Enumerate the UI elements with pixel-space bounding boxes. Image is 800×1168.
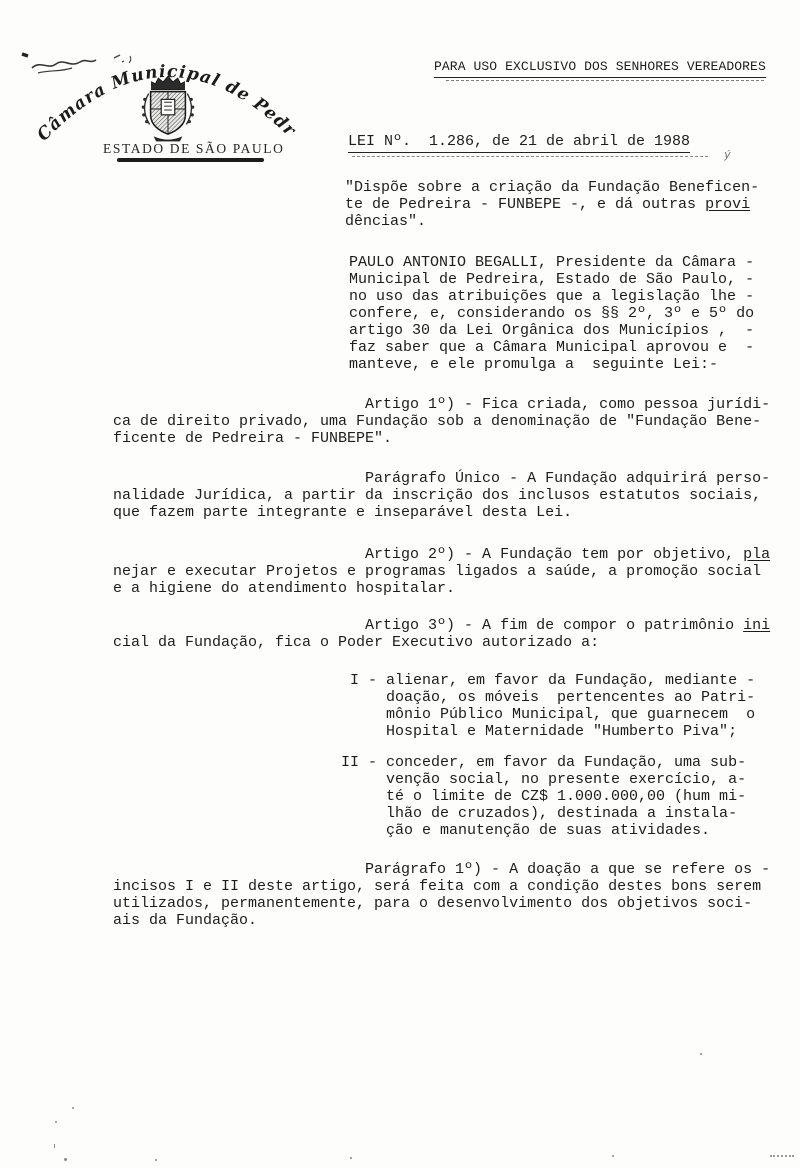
noise-speck (350, 1157, 352, 1159)
text-line: nejar e executar Projetos e programas li… (113, 563, 770, 580)
text-line: nalidade Jurídica, a partir da inscrição… (113, 487, 770, 504)
text-line: venção social, no presente exercício, a- (341, 771, 746, 788)
text-line: te de Pedreira - FUNBEPE -, e dá outras … (345, 196, 759, 213)
noise-speck (700, 1053, 702, 1055)
noise-speck (72, 1107, 74, 1109)
letterhead-rule (117, 158, 264, 162)
text-line: manteve, e ele promulga a seguinte Lei:- (349, 356, 754, 373)
stray-pen-mark: ý (724, 150, 731, 162)
text-line: Hospital e Maternidade "Humberto Piva"; (341, 723, 755, 740)
inciso-i: I - alienar, em favor da Fundação, media… (341, 672, 755, 740)
text-line: ção e manutenção de suas atividades. (341, 822, 746, 839)
text-line: Artigo 3º) - A fim de compor o patrimôni… (113, 617, 770, 634)
text-line: que fazem parte integrante e inseparável… (113, 504, 770, 521)
text-line: no uso das atribuições que a legislação … (349, 288, 754, 305)
text-line: lhão de cruzados), destinada a instala- (341, 805, 746, 822)
paragraph-paragrafo-1: Parágrafo 1º) - A doação a que se refere… (113, 861, 770, 929)
noise-speck (155, 1159, 157, 1161)
law-number-title: LEI Nº. 1.286, de 21 de abril de 1988 (348, 133, 690, 153)
text-line: artigo 30 da Lei Orgânica dos Municípios… (349, 322, 754, 339)
paragraph-preamble: PAULO ANTONIO BEGALLI, Presidente da Câm… (349, 254, 754, 373)
text-line: utilizados, permanentemente, para o dese… (113, 895, 770, 912)
coat-of-arms-emblem (139, 76, 197, 144)
paragraph-artigo-2: Artigo 2º) - A Fundação tem por objetivo… (113, 546, 770, 597)
paragraph-artigo-3: Artigo 3º) - A fim de compor o patrimôni… (113, 617, 770, 651)
paragraph-paragrafo-unico: Parágrafo Único - A Fundação adquirirá p… (113, 470, 770, 521)
text-line: ais da Fundação. (113, 912, 770, 929)
text-line: mônio Público Municipal, que guarnecem o (341, 706, 755, 723)
text-line: incisos I e II deste artigo, será feita … (113, 878, 770, 895)
noise-speck (770, 1155, 794, 1157)
text-line: té o limite de CZ$ 1.000.000,00 (hum mi- (341, 788, 746, 805)
text-line: I - alienar, em favor da Fundação, media… (341, 672, 755, 689)
letterhead-state-line: ESTADO DE SÃO PAULO (103, 141, 284, 157)
noise-speck (55, 1121, 57, 1123)
noise-speck (612, 1155, 614, 1157)
exclusive-use-note-second-underline (446, 80, 764, 81)
text-line: II - conceder, em favor da Fundação, uma… (341, 754, 746, 771)
text-line: ca de direito privado, uma Fundação sob … (113, 413, 770, 430)
text-line: Parágrafo Único - A Fundação adquirirá p… (113, 470, 770, 487)
text-line: cial da Fundação, fica o Poder Executivo… (113, 634, 770, 651)
text-line: Artigo 1º) - Fica criada, como pessoa ju… (113, 396, 770, 413)
text-line: Artigo 2º) - A Fundação tem por objetivo… (113, 546, 770, 563)
inciso-ii: II - conceder, em favor da Fundação, uma… (341, 754, 746, 839)
text-line: "Dispõe sobre a criação da Fundação Bene… (345, 179, 759, 196)
text-line: doação, os móveis pertencentes ao Patri- (341, 689, 755, 706)
text-line: PAULO ANTONIO BEGALLI, Presidente da Câm… (349, 254, 754, 271)
noise-speck (64, 1158, 67, 1161)
law-title-second-underline (352, 156, 708, 157)
text-line: Parágrafo 1º) - A doação a que se refere… (113, 861, 770, 878)
exclusive-use-note: PARA USO EXCLUSIVO DOS SENHORES VEREADOR… (434, 59, 766, 78)
text-line: e a higiene do atendimento hospitalar. (113, 580, 770, 597)
text-line: confere, e, considerando os §§ 2º, 3º e … (349, 305, 754, 322)
paragraph-ementa: "Dispõe sobre a criação da Fundação Bene… (345, 179, 759, 230)
text-line: ficente de Pedreira - FUNBEPE". (113, 430, 770, 447)
text-line: faz saber que a Câmara Municipal aprovou… (349, 339, 754, 356)
scanned-law-document-page: Câmara Municipal de Pedreira ESTADO DE S… (0, 0, 800, 1168)
noise-speck (54, 1144, 55, 1148)
paragraph-artigo-1: Artigo 1º) - Fica criada, como pessoa ju… (113, 396, 770, 447)
text-line: dências". (345, 213, 759, 230)
text-line: Municipal de Pedreira, Estado de São Pau… (349, 271, 754, 288)
